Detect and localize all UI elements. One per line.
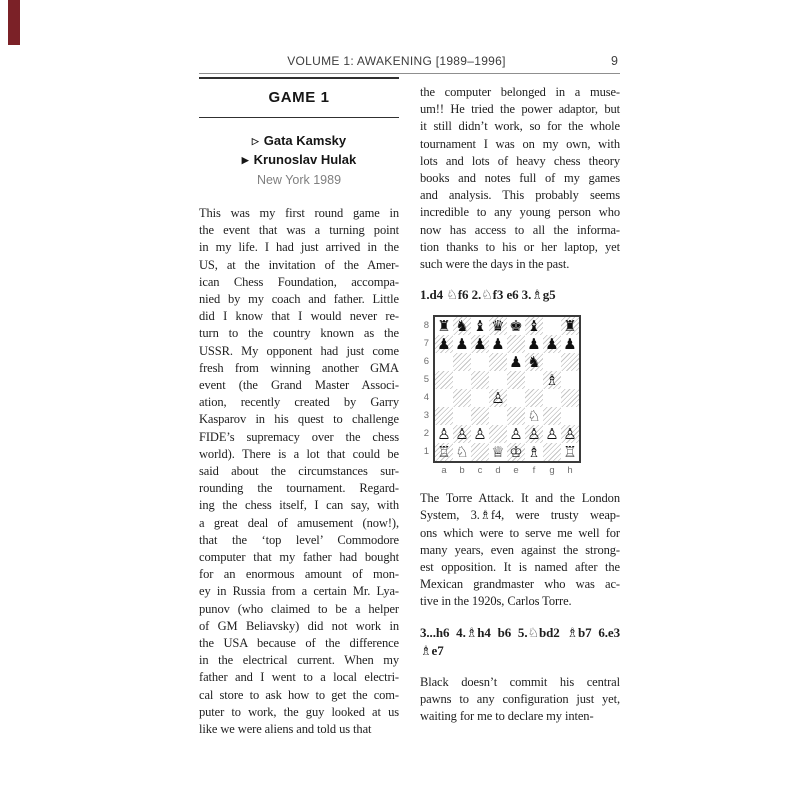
intro-paragraph: This was my first round game inthe event… (199, 205, 399, 738)
chess-piece: ♙ (453, 425, 471, 443)
board-square (543, 317, 561, 335)
running-header: VOLUME 1: AWAKENING [1989–1996] 9 (199, 54, 620, 71)
text-line: turn to the country known as the (199, 325, 399, 342)
board-square (525, 389, 543, 407)
event-name: New York 1989 (199, 171, 399, 189)
board-square (561, 371, 579, 389)
board-square (525, 371, 543, 389)
text-line: waiting for me to declare my inten- (420, 708, 620, 725)
board-square (489, 353, 507, 371)
spine-marker (8, 0, 20, 45)
continuation-paragraph: the computer belonged in a muse-um!! He … (420, 84, 620, 273)
rank-label: 2 (420, 425, 433, 443)
chess-piece: ♕ (489, 443, 507, 461)
board-square (543, 407, 561, 425)
text-line: rounding the tournament. Regard- (199, 480, 399, 497)
chess-piece: ♟ (471, 335, 489, 353)
book-page: VOLUME 1: AWAKENING [1989–1996] 9 GAME 1… (0, 0, 800, 800)
chess-piece: ♚ (507, 317, 525, 335)
player-name: Krunoslav Hulak (254, 152, 357, 167)
text-line: world). There is a lot that could be (199, 446, 399, 463)
move-sequence-1: 1.d4 ♘f6 2.♘f3 e6 3.♗g5 (420, 286, 620, 304)
board-square (561, 353, 579, 371)
file-label: f (525, 465, 543, 476)
chess-piece: ♙ (471, 425, 489, 443)
chess-piece: ♗ (525, 443, 543, 461)
board-square (561, 389, 579, 407)
text-line: computer that my father had bought (199, 549, 399, 566)
chess-piece: ♖ (561, 443, 579, 461)
file-label: b (453, 465, 471, 476)
text-line: Mexican grandmaster who was ac- (420, 576, 620, 593)
page-number: 9 (611, 54, 618, 68)
chess-piece: ♙ (489, 389, 507, 407)
text-line: US, at the invitation of the Amer- (199, 257, 399, 274)
chess-piece: ♟ (507, 353, 525, 371)
rank-label: 6 (420, 353, 433, 371)
text-line: USSR. My opponent had just come (199, 343, 399, 360)
text-line: The Torre Attack. It and the London (420, 490, 620, 507)
player-name: Gata Kamsky (264, 133, 346, 148)
text-line: nied by my coach and father. Little (199, 291, 399, 308)
chess-piece: ♝ (525, 317, 543, 335)
text-line: incredible to any young person who (420, 204, 620, 221)
text-line: books and notes full of my games (420, 170, 620, 187)
file-label: c (471, 465, 489, 476)
chess-piece: ♙ (525, 425, 543, 443)
chess-piece: ♙ (561, 425, 579, 443)
text-line: a great deal of amusement (now!), (199, 515, 399, 532)
running-header-title: VOLUME 1: AWAKENING [1989–1996] (199, 54, 594, 68)
text-line: tion thanks to his or her laptop, yet (420, 239, 620, 256)
board-square (453, 371, 471, 389)
text-line: it still didn’t work, so for the whole (420, 118, 620, 135)
torre-attack-paragraph: The Torre Attack. It and the LondonSyste… (420, 490, 620, 610)
text-line: This was my first round game in (199, 205, 399, 222)
board-square (543, 353, 561, 371)
chess-piece: ♟ (489, 335, 507, 353)
text-line: pawns to any configuration just yet, (420, 691, 620, 708)
board-square (489, 371, 507, 389)
text-line: ing the chess itself, I can say, with (199, 497, 399, 514)
right-column: the computer belonged in a muse-um!! He … (420, 84, 620, 725)
chess-board: ♜♞♝♛♚♝♜♟♟♟♟♟♟♟♟♞♗♙♘♙♙♙♙♙♙♙♖♘♕♔♗♖ (433, 315, 581, 463)
board-square (435, 389, 453, 407)
text-line: the computer belonged in a muse- (420, 84, 620, 101)
game-heading: GAME 1 (199, 77, 399, 118)
text-line: puter to work, the guy looked at us (199, 704, 399, 721)
text-line: such were the days in the past. (420, 256, 620, 273)
rank-label: 5 (420, 371, 433, 389)
chess-piece: ♗ (543, 371, 561, 389)
chess-piece: ♞ (453, 317, 471, 335)
text-line: the USA because of the difference (199, 635, 399, 652)
board-square (507, 407, 525, 425)
file-label: g (543, 465, 561, 476)
text-line: Black doesn’t commit his central (420, 674, 620, 691)
chess-piece: ♝ (471, 317, 489, 335)
white-triangle-icon: ▷ (252, 133, 259, 150)
chess-piece: ♟ (525, 335, 543, 353)
board-square (561, 407, 579, 425)
file-label: e (507, 465, 525, 476)
text-line: um!! He tried the power adaptor, but (420, 101, 620, 118)
text-line: many years, even against the strong- (420, 542, 620, 559)
text-line: Kasparov in his quest to challenge (199, 411, 399, 428)
black-player-row: ▶Krunoslav Hulak (199, 151, 399, 170)
chess-piece: ♜ (561, 317, 579, 335)
chess-piece: ♟ (435, 335, 453, 353)
file-label: h (561, 465, 579, 476)
text-line: said about the circumstances sur- (199, 463, 399, 480)
closing-paragraph: Black doesn’t commit his centralpawns to… (420, 674, 620, 726)
board-square (507, 371, 525, 389)
text-line: the event that was a turning point (199, 222, 399, 239)
chess-piece: ♙ (543, 425, 561, 443)
board-square (471, 443, 489, 461)
chess-piece: ♟ (561, 335, 579, 353)
text-line: FIDE’s supremacy over the chess (199, 429, 399, 446)
text-line: ♗e7 (420, 642, 620, 660)
chess-piece: ♟ (453, 335, 471, 353)
text-line: ons which were to serve me well for (420, 525, 620, 542)
text-line: for an enormous amount of mon- (199, 566, 399, 583)
board-square (453, 389, 471, 407)
file-label: a (435, 465, 453, 476)
board-square (507, 389, 525, 407)
chess-piece: ♘ (525, 407, 543, 425)
text-line: event (the Grand Master Associ- (199, 377, 399, 394)
header-rule (199, 73, 620, 74)
board-square (489, 425, 507, 443)
board-square (471, 353, 489, 371)
board-square (507, 335, 525, 353)
chess-piece: ♙ (435, 425, 453, 443)
board-square (543, 443, 561, 461)
text-line: of GM Beliavsky) did not work in (199, 618, 399, 635)
move-sequence-2: 3...h6 4.♗h4 b6 5.♘bd2 ♗b7 6.e3♗e7 (420, 624, 620, 660)
board-square (435, 371, 453, 389)
text-line: cal store to ask how to get the com- (199, 687, 399, 704)
chess-diagram: 87654321 ♜♞♝♛♚♝♜♟♟♟♟♟♟♟♟♞♗♙♘♙♙♙♙♙♙♙♖♘♕♔♗… (420, 315, 596, 476)
text-line: father and I went to a local electri- (199, 669, 399, 686)
file-labels: abcdefgh (435, 465, 596, 476)
chess-piece: ♘ (453, 443, 471, 461)
text-line: did I know that I would never re- (199, 308, 399, 325)
board-square (435, 407, 453, 425)
white-player-row: ▷Gata Kamsky (199, 132, 399, 151)
text-line: est opposition. It is named after the (420, 559, 620, 576)
rank-label: 8 (420, 317, 433, 335)
left-column: GAME 1 ▷Gata Kamsky ▶Krunoslav Hulak New… (199, 77, 399, 738)
text-line: System, 3.♗f4, were trusty weap- (420, 507, 620, 524)
board-square (471, 389, 489, 407)
text-line: in my life. I had just arrived in the (199, 239, 399, 256)
rank-label: 3 (420, 407, 433, 425)
players-block: ▷Gata Kamsky ▶Krunoslav Hulak New York 1… (199, 132, 399, 189)
chess-piece: ♞ (525, 353, 543, 371)
file-label: d (489, 465, 507, 476)
text-line: tive in the 1920s, Carlos Torre. (420, 593, 620, 610)
chess-piece: ♛ (489, 317, 507, 335)
chess-piece: ♙ (507, 425, 525, 443)
rank-label: 4 (420, 389, 433, 407)
text-line: ican Chess Foundation, accompa- (199, 274, 399, 291)
board-square (471, 407, 489, 425)
text-line: like we were aliens and told us that (199, 721, 399, 738)
black-triangle-icon: ▶ (242, 152, 249, 169)
board-square (543, 389, 561, 407)
text-line: now has access to all the informa- (420, 222, 620, 239)
text-line: ation, recently created by Garry (199, 394, 399, 411)
board-square (453, 407, 471, 425)
chess-piece: ♜ (435, 317, 453, 335)
text-line: 3...h6 4.♗h4 b6 5.♘bd2 ♗b7 6.e3 (420, 624, 620, 642)
text-line: that the ‘top level’ Commodore (199, 532, 399, 549)
text-line: in the electrical current. When my (199, 652, 399, 669)
text-line: 1.d4 ♘f6 2.♘f3 e6 3.♗g5 (420, 286, 620, 304)
text-line: lots and lots of heavy chess theory (420, 153, 620, 170)
rank-label: 1 (420, 443, 433, 461)
text-line: fresh from winning another GMA (199, 360, 399, 377)
rank-labels: 87654321 (420, 315, 433, 463)
chess-piece: ♔ (507, 443, 525, 461)
chess-piece: ♖ (435, 443, 453, 461)
board-square (435, 353, 453, 371)
text-line: and analysis. This probably seems (420, 187, 620, 204)
board-square (489, 407, 507, 425)
text-line: tournament I was on my own, with (420, 136, 620, 153)
text-line: ey in Russia from a certain Mr. Lya- (199, 583, 399, 600)
text-line: punov (who claimed to be a helper (199, 601, 399, 618)
board-square (453, 353, 471, 371)
chess-piece: ♟ (543, 335, 561, 353)
board-square (471, 371, 489, 389)
rank-label: 7 (420, 335, 433, 353)
